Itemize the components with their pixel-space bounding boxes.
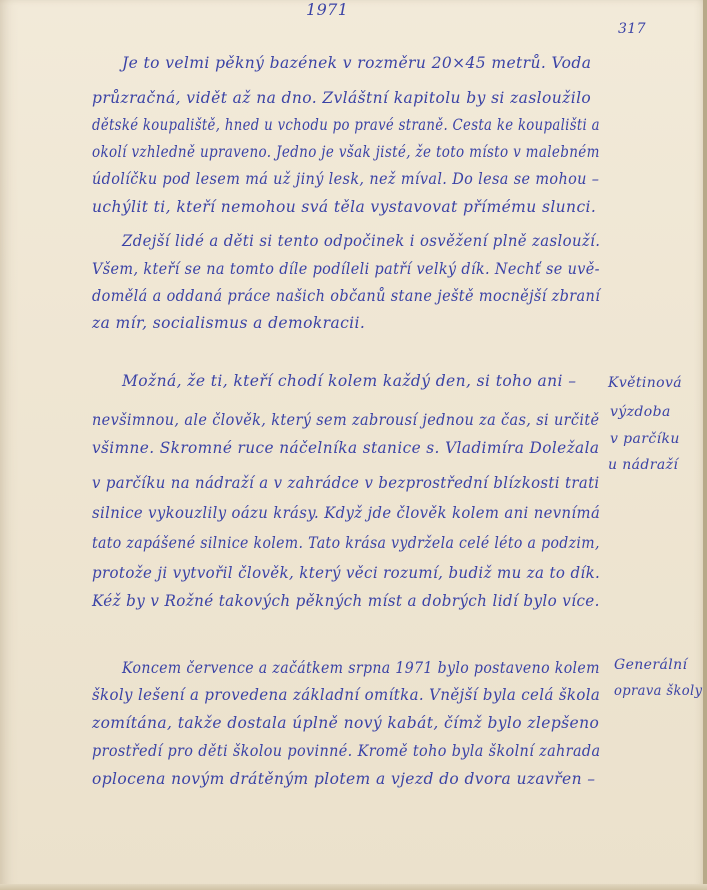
text-line: za mír, socialismus a demokracii. xyxy=(92,316,365,332)
margin-note: Generální xyxy=(614,658,687,672)
text-line: školy lešení a provedena základní omítka… xyxy=(92,688,600,704)
text-line: průzračná, vidět až na dno. Zvláštní kap… xyxy=(92,91,591,107)
text-line: silnice vykouzlily oázu krásy. Když jde … xyxy=(92,506,600,522)
text-line: Je to velmi pěkný bazének v rozměru 20×4… xyxy=(122,56,591,72)
text-line: tato zapášené silnice kolem. Tato krása … xyxy=(92,536,600,552)
text-line: zomítána, takže dostala úplně nový kabát… xyxy=(92,716,599,732)
year-heading: 1971 xyxy=(306,2,348,18)
text-line: protože ji vytvořil člověk, který věci r… xyxy=(92,566,600,582)
page-number: 317 xyxy=(618,22,646,36)
text-line: okolí vzhledně upraveno. Jedno je však j… xyxy=(92,145,600,161)
page-edge-bottom xyxy=(0,884,707,890)
text-line: Zdejší lidé a děti si tento odpočinek i … xyxy=(122,234,600,250)
margin-note: Květinová xyxy=(608,376,682,390)
handwritten-chronicle-page: 1971 317 Je to velmi pěkný bazének v roz… xyxy=(0,0,707,890)
page-edge xyxy=(703,0,707,890)
text-line: nevšimnou, ale člověk, který sem zabrous… xyxy=(92,413,599,429)
text-line: údolíčku pod lesem má už jiný lesk, než … xyxy=(92,172,599,188)
margin-note: oprava školy xyxy=(614,684,702,698)
margin-note: u nádraží xyxy=(608,458,678,472)
margin-note: výzdoba xyxy=(610,405,671,419)
text-line: Kéž by v Rožné takových pěkných míst a d… xyxy=(92,594,600,610)
text-line: Koncem července a začátkem srpna 1971 by… xyxy=(122,661,600,677)
text-line: Všem, kteří se na tomto díle podíleli pa… xyxy=(92,262,600,278)
text-line: domělá a oddaná práce našich občanů stan… xyxy=(92,289,600,305)
margin-note: v parčíku xyxy=(610,432,680,446)
text-line: oplocena novým drátěným plotem a vjezd d… xyxy=(92,772,595,788)
text-line: v parčíku na nádraží a v zahrádce v bezp… xyxy=(92,476,600,492)
text-line: Možná, že ti, kteří chodí kolem každý de… xyxy=(122,374,576,390)
text-line: všimne. Skromné ruce náčelníka stanice s… xyxy=(92,441,599,457)
text-line: prostředí pro děti školou povinné. Kromě… xyxy=(92,744,600,760)
text-line: uchýlit ti, kteří nemohou svá těla vysta… xyxy=(92,200,596,216)
text-line: dětské koupaliště, hned u vchodu po prav… xyxy=(92,118,600,134)
